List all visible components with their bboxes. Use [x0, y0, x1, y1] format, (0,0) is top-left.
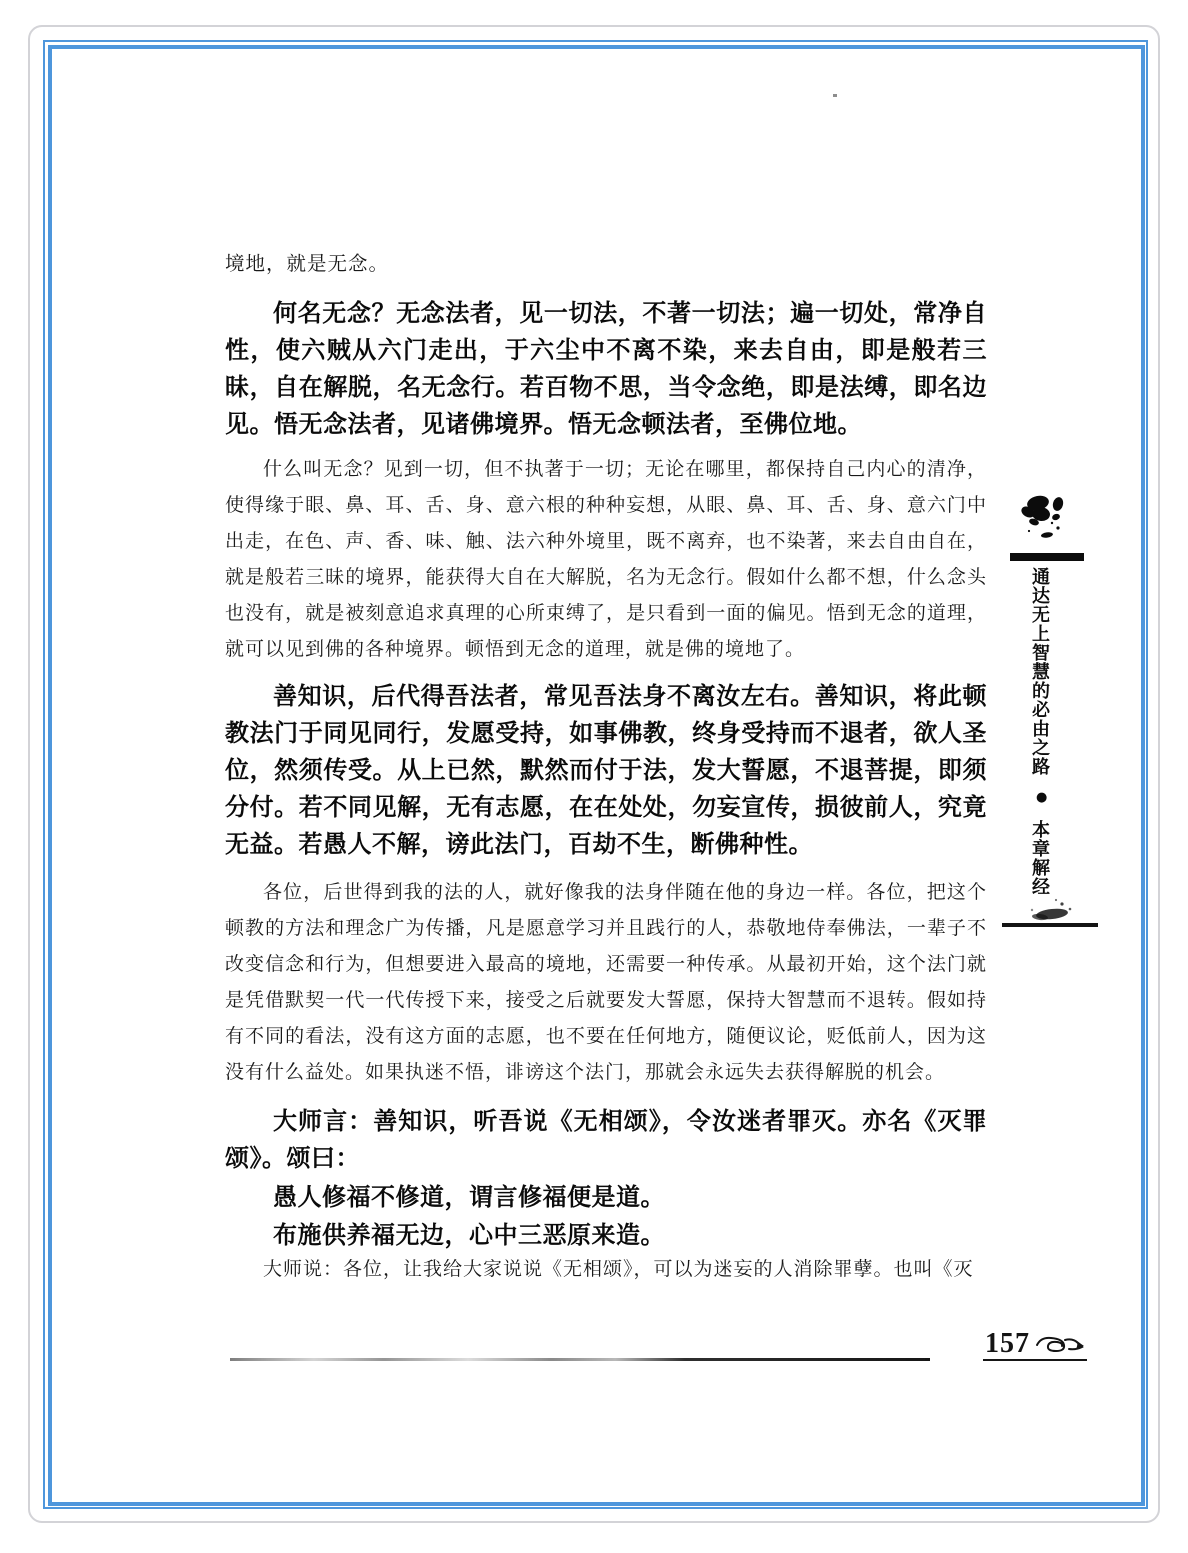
section-label-vertical: 本章解经 [1026, 820, 1052, 896]
verse-line-1: 愚人修福不修道，谓言修福便是道。 [225, 1178, 987, 1216]
master-said-paragraph: 大师言：善知识，听吾说《无相颂》，令汝迷者罪灭。亦名《灭罪颂》。颂曰： [225, 1103, 987, 1177]
page-number: 157 [983, 1330, 1087, 1361]
section-separator-dot: ● [1036, 790, 1047, 805]
commentary-paragraph-3: 大师说：各位，让我给大家说说《无相颂》，可以为迷妄的人消除罪孽。也叫《灭 [225, 1251, 987, 1287]
sutra-paragraph-2: 善知识，后代得吾法者，常见吾法身不离汝左右。善知识，将此顿教法门于同见同行，发愿… [225, 678, 987, 863]
commentary-paragraph-1: 什么叫无念？见到一切，但不执著于一切；无论在哪里，都保持自己内心的清净，使得缘于… [225, 451, 987, 667]
verse-line-2: 布施供养福无边，心中三恶原来造。 [225, 1216, 987, 1254]
cloud-swirl-icon [1033, 1333, 1085, 1355]
commentary-paragraph-2: 各位，后世得到我的法的人，就好像我的法身伴随在他的身边一样。各位，把这个顿教的方… [225, 874, 987, 1090]
sidebar-bottom-bar [1002, 923, 1098, 927]
sidebar-top-bar [1010, 553, 1084, 561]
scan-speck [833, 94, 837, 97]
page-number-text: 157 [985, 1330, 1030, 1358]
sutra-paragraph-1: 何名无念？无念法者，见一切法，不著一切法；遍一切处，常净自性，使六贼从六门走出，… [225, 295, 987, 443]
book-page: 境地，就是无念。 何名无念？无念法者，见一切法，不著一切法；遍一切处，常净自性，… [0, 0, 1188, 1553]
ink-flower-icon [1016, 490, 1072, 546]
footer-rule [230, 1358, 930, 1361]
verse-block: 愚人修福不修道，谓言修福便是道。 布施供养福无边，心中三恶原来造。 [225, 1178, 987, 1254]
intro-paragraph: 境地，就是无念。 [225, 248, 987, 276]
ink-smudge-icon [1018, 894, 1082, 922]
chapter-title-vertical: 通达无上智慧的必由之路 [1026, 567, 1052, 776]
